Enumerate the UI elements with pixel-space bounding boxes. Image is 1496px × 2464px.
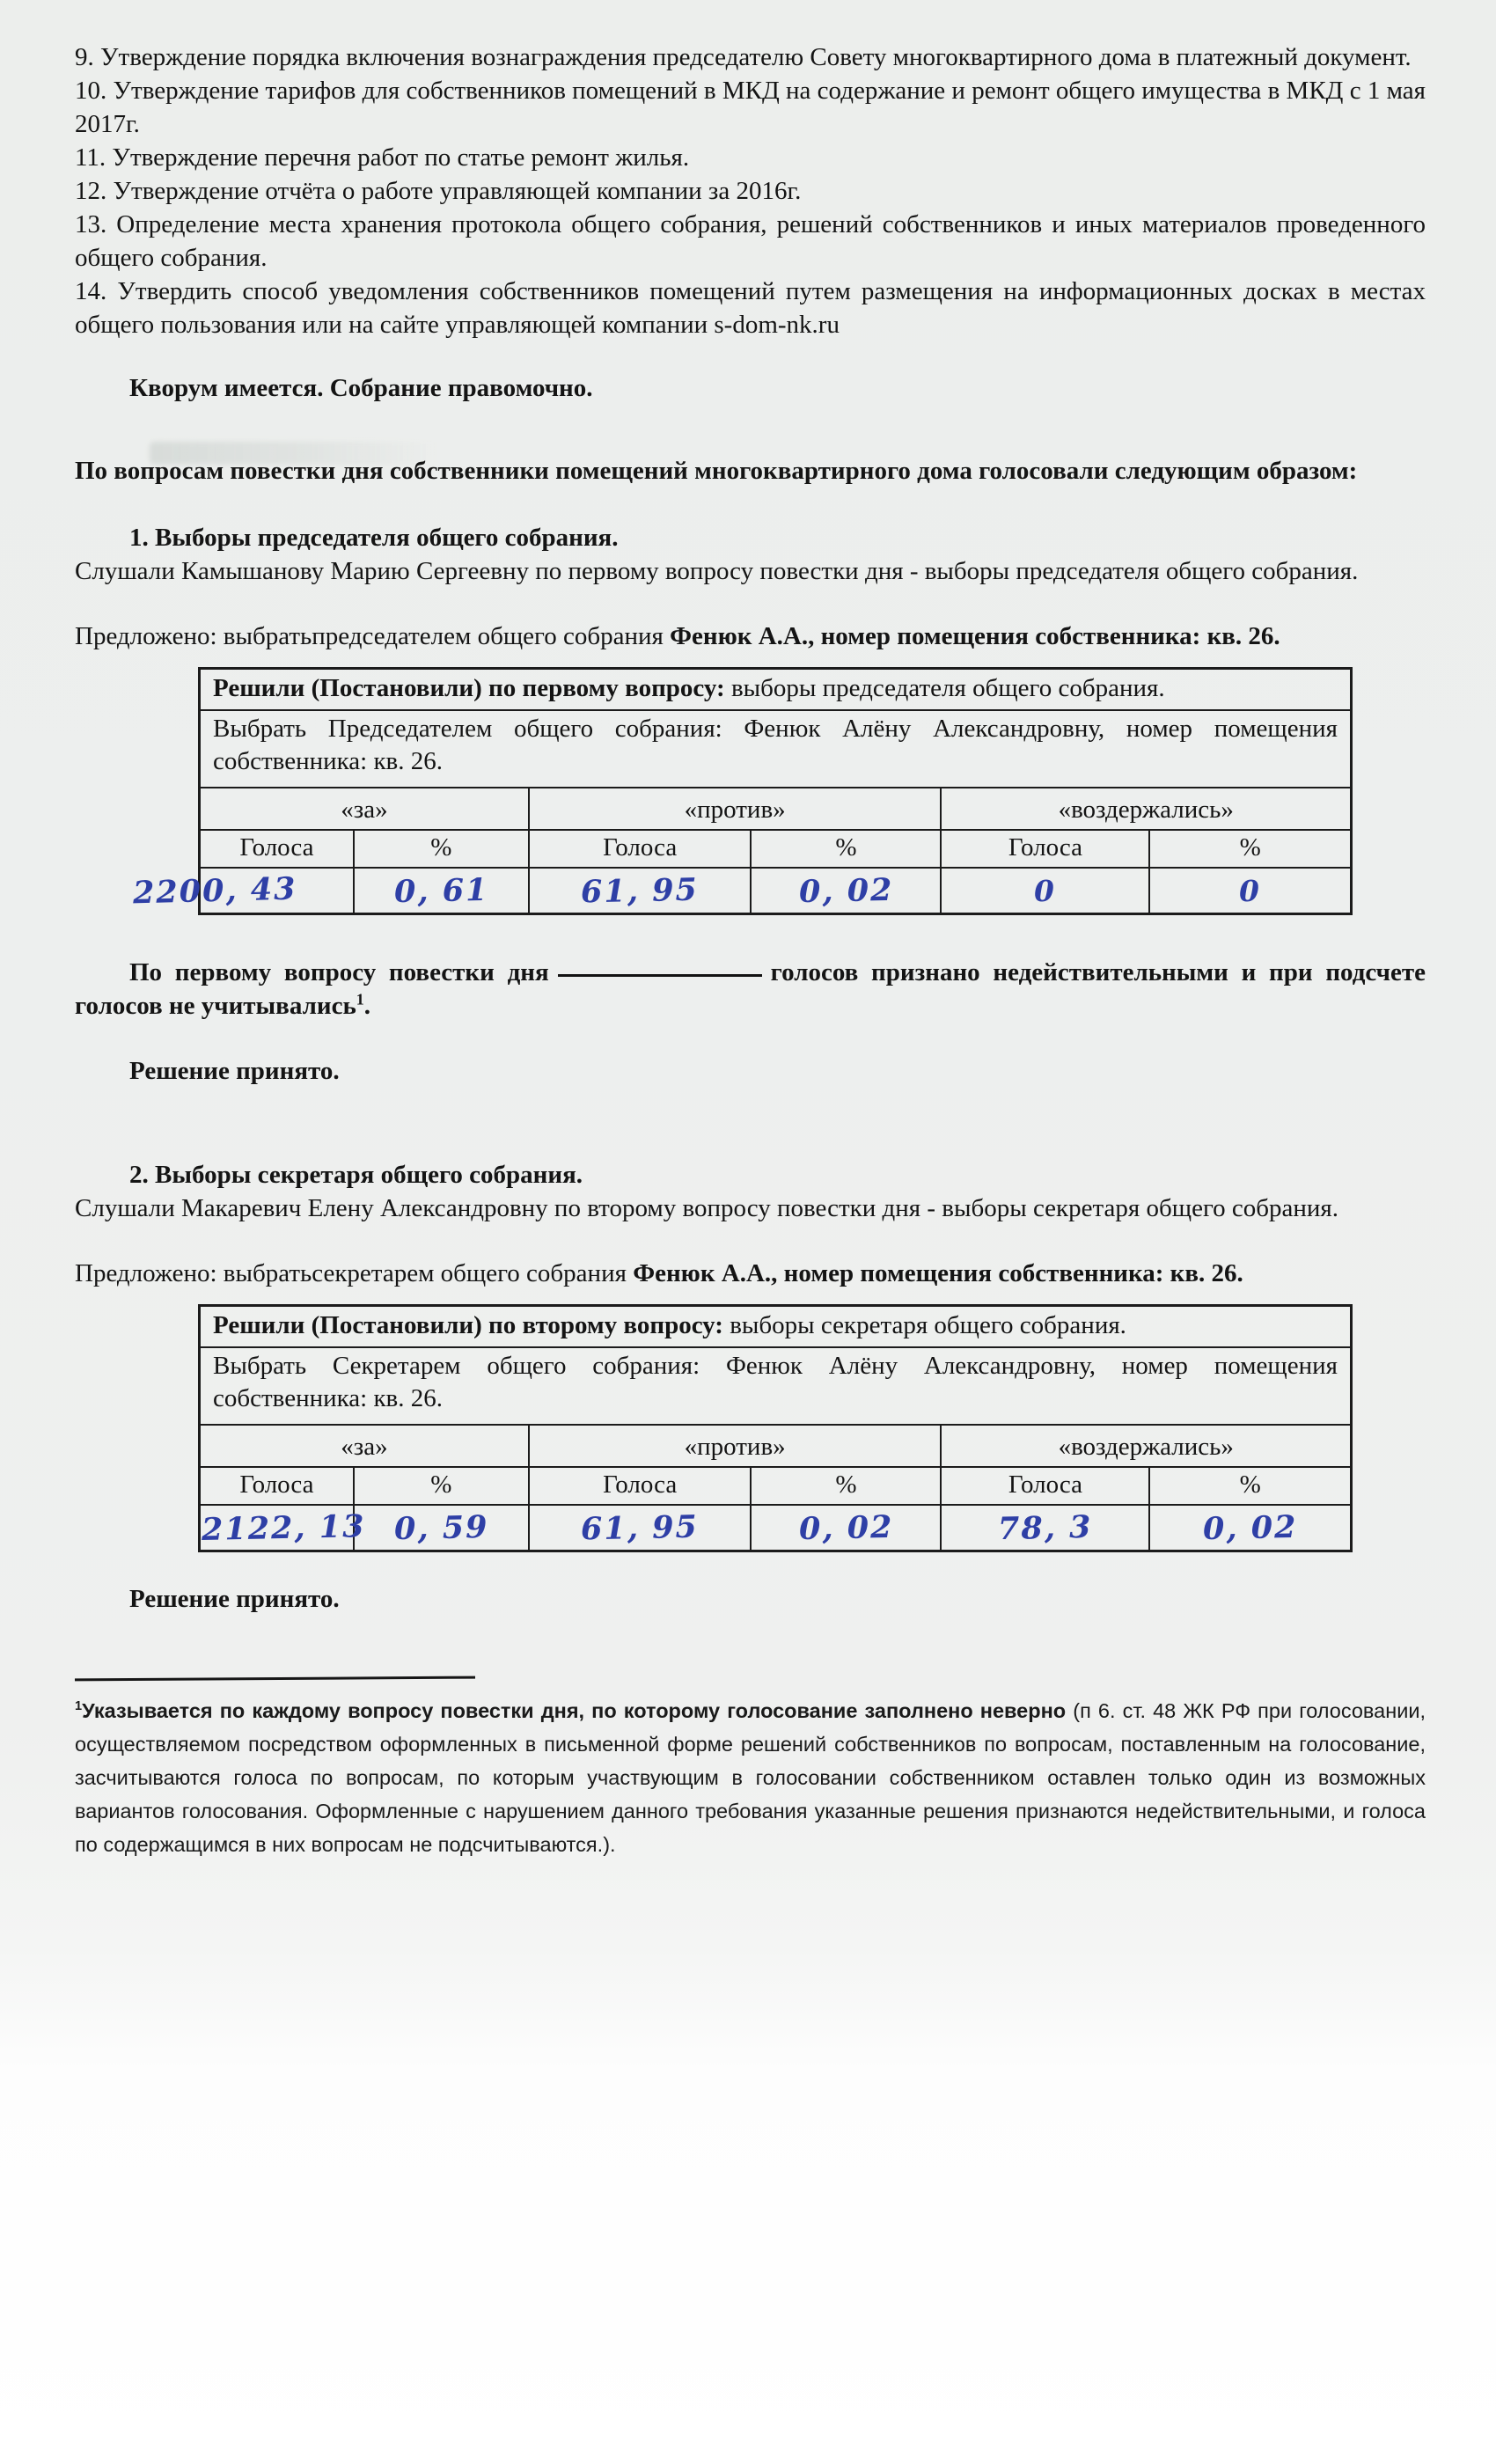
agenda-item-10: 10. Утверждение тарифов для собственнико… [75, 74, 1426, 141]
table-row: «за» «против» «воздержались» [200, 788, 1352, 830]
subheader-golosa: Голоса [200, 1467, 354, 1505]
quorum-statement: Кворум имеется. Собрание правомочно. [75, 371, 1426, 405]
footnote-bold-clause: Указывается по каждому вопросу повестки … [82, 1699, 1066, 1722]
bleed-through-artifact [150, 442, 440, 465]
blank-underline [558, 972, 762, 977]
handwritten-percent-protiv: 0, 02 [798, 871, 893, 909]
table-row: 2122, 13 0, 59 61, 95 0, 02 78, 3 0, 02 [200, 1505, 1352, 1551]
subheader-golosa: Голоса [529, 830, 752, 868]
sentence-period: . [364, 992, 370, 1020]
question1-resolution: Выбрать Председателем общего собрания: Ф… [200, 710, 1352, 788]
question2-decision: Решение принято. [75, 1582, 1426, 1616]
handwritten-votes-za: 2200, 43 [132, 870, 297, 911]
table-row: «за» «против» «воздержались» [200, 1425, 1352, 1467]
table-row: 2200, 43 0, 61 61, 95 0, 02 0 0 [200, 868, 1352, 914]
question2-proposed-prefix: Предложено: выбратьсекретарем общего соб… [75, 1259, 627, 1287]
table-row: Голоса % Голоса % Голоса % [200, 1467, 1352, 1505]
subheader-golosa: Голоса [200, 830, 354, 868]
handwritten-votes-protiv: 61, 95 [581, 1508, 700, 1547]
question1-invalid-votes: По первому вопросу повестки дняголосов п… [75, 956, 1426, 1023]
handwritten-percent-vozderzhalis: 0, 02 [1203, 1508, 1298, 1546]
question1-proposed-prefix: Предложено: выбратьпредседателем общего … [75, 622, 664, 650]
subheader-percent: % [1149, 1467, 1351, 1505]
question2-decided-label: Решили (Постановили) по второму вопросу: [213, 1311, 723, 1339]
table-row: Выбрать Председателем общего собрания: Ф… [200, 710, 1352, 788]
agenda-item-12: 12. Утверждение отчёта о работе управляю… [75, 174, 1426, 208]
table-row: Решили (Постановили) по первому вопросу:… [200, 669, 1352, 711]
handwritten-votes-vozderzhalis: 0 [1034, 873, 1057, 908]
handwritten-votes-protiv: 61, 95 [581, 871, 700, 910]
handwritten-votes-za: 2122, 13 [202, 1508, 366, 1548]
footnote-reference: 1 [356, 990, 364, 1008]
question1-decided-label: Решили (Постановили) по первому вопросу: [213, 674, 725, 702]
subheader-percent: % [354, 830, 529, 868]
question1-proposed: Предложено: выбратьпредседателем общего … [75, 620, 1426, 653]
column-vozderzhalis: «воздержались» [941, 788, 1351, 830]
footnote-marker: 1 [75, 1699, 82, 1713]
question1-proposed-candidate: Фенюк А.А., номер помещения собственника… [670, 622, 1280, 650]
column-protiv: «против» [529, 1425, 942, 1467]
question2-proposed-candidate: Фенюк А.А., номер помещения собственника… [633, 1259, 1243, 1287]
subheader-golosa: Голоса [941, 830, 1149, 868]
handwritten-percent-za: 0, 61 [393, 871, 488, 909]
footnote-rest: (п 6. ст. 48 ЖК РФ при голосовании, осущ… [75, 1699, 1426, 1856]
question2-heard: Слушали Макаревич Елену Александровну по… [75, 1192, 1426, 1225]
agenda-item-11: 11. Утверждение перечня работ по статье … [75, 141, 1426, 174]
question1-vote-table: Решили (Постановили) по первому вопросу:… [198, 667, 1353, 915]
agenda-item-13: 13. Определение места хранения протокола… [75, 208, 1426, 275]
question2-resolution: Выбрать Секретарем общего собрания: Феню… [200, 1347, 1352, 1425]
footnote-text: 1Указывается по каждому вопросу повестки… [75, 1694, 1426, 1861]
subheader-percent: % [751, 830, 941, 868]
column-za: «за» [200, 788, 529, 830]
footnote-separator-line [75, 1676, 475, 1682]
question2-decided-text: выборы секретаря общего собрания. [730, 1311, 1126, 1339]
handwritten-percent-vozderzhalis: 0 [1239, 873, 1262, 908]
document-content: 9. Утверждение порядка включения вознагр… [0, 0, 1496, 1861]
question2-heading: 2. Выборы секретаря общего собрания. [75, 1158, 1426, 1192]
question1-decision: Решение принято. [75, 1054, 1426, 1088]
agenda-item-9: 9. Утверждение порядка включения вознагр… [75, 40, 1426, 74]
column-vozderzhalis: «воздержались» [941, 1425, 1351, 1467]
question1-heard: Слушали Камышанову Марию Сергеевну по пе… [75, 554, 1426, 588]
question2-vote-table: Решили (Постановили) по второму вопросу:… [198, 1304, 1353, 1552]
handwritten-percent-za: 0, 59 [393, 1508, 488, 1546]
agenda-item-14: 14. Утвердить способ уведомления собстве… [75, 275, 1426, 341]
scanned-document-page: 9. Утверждение порядка включения вознагр… [0, 0, 1496, 2464]
question1-heading: 1. Выборы председателя общего собрания. [75, 521, 1426, 554]
question2-proposed: Предложено: выбратьсекретарем общего соб… [75, 1257, 1426, 1290]
subheader-golosa: Голоса [529, 1467, 752, 1505]
subheader-percent: % [751, 1467, 941, 1505]
subheader-percent: % [1149, 830, 1351, 868]
handwritten-percent-protiv: 0, 02 [798, 1508, 893, 1546]
table-row: Решили (Постановили) по второму вопросу:… [200, 1306, 1352, 1348]
table-row: Выбрать Секретарем общего собрания: Феню… [200, 1347, 1352, 1425]
column-protiv: «против» [529, 788, 942, 830]
subheader-golosa: Голоса [941, 1467, 1149, 1505]
column-za: «за» [200, 1425, 529, 1467]
question1-decided-text: выборы председателя общего собрания. [731, 674, 1165, 702]
invalid-votes-prefix: По первому вопросу повестки дня [129, 958, 549, 986]
handwritten-votes-vozderzhalis: 78, 3 [998, 1508, 1093, 1546]
table-row: Голоса % Голоса % Голоса % [200, 830, 1352, 868]
subheader-percent: % [354, 1467, 529, 1505]
